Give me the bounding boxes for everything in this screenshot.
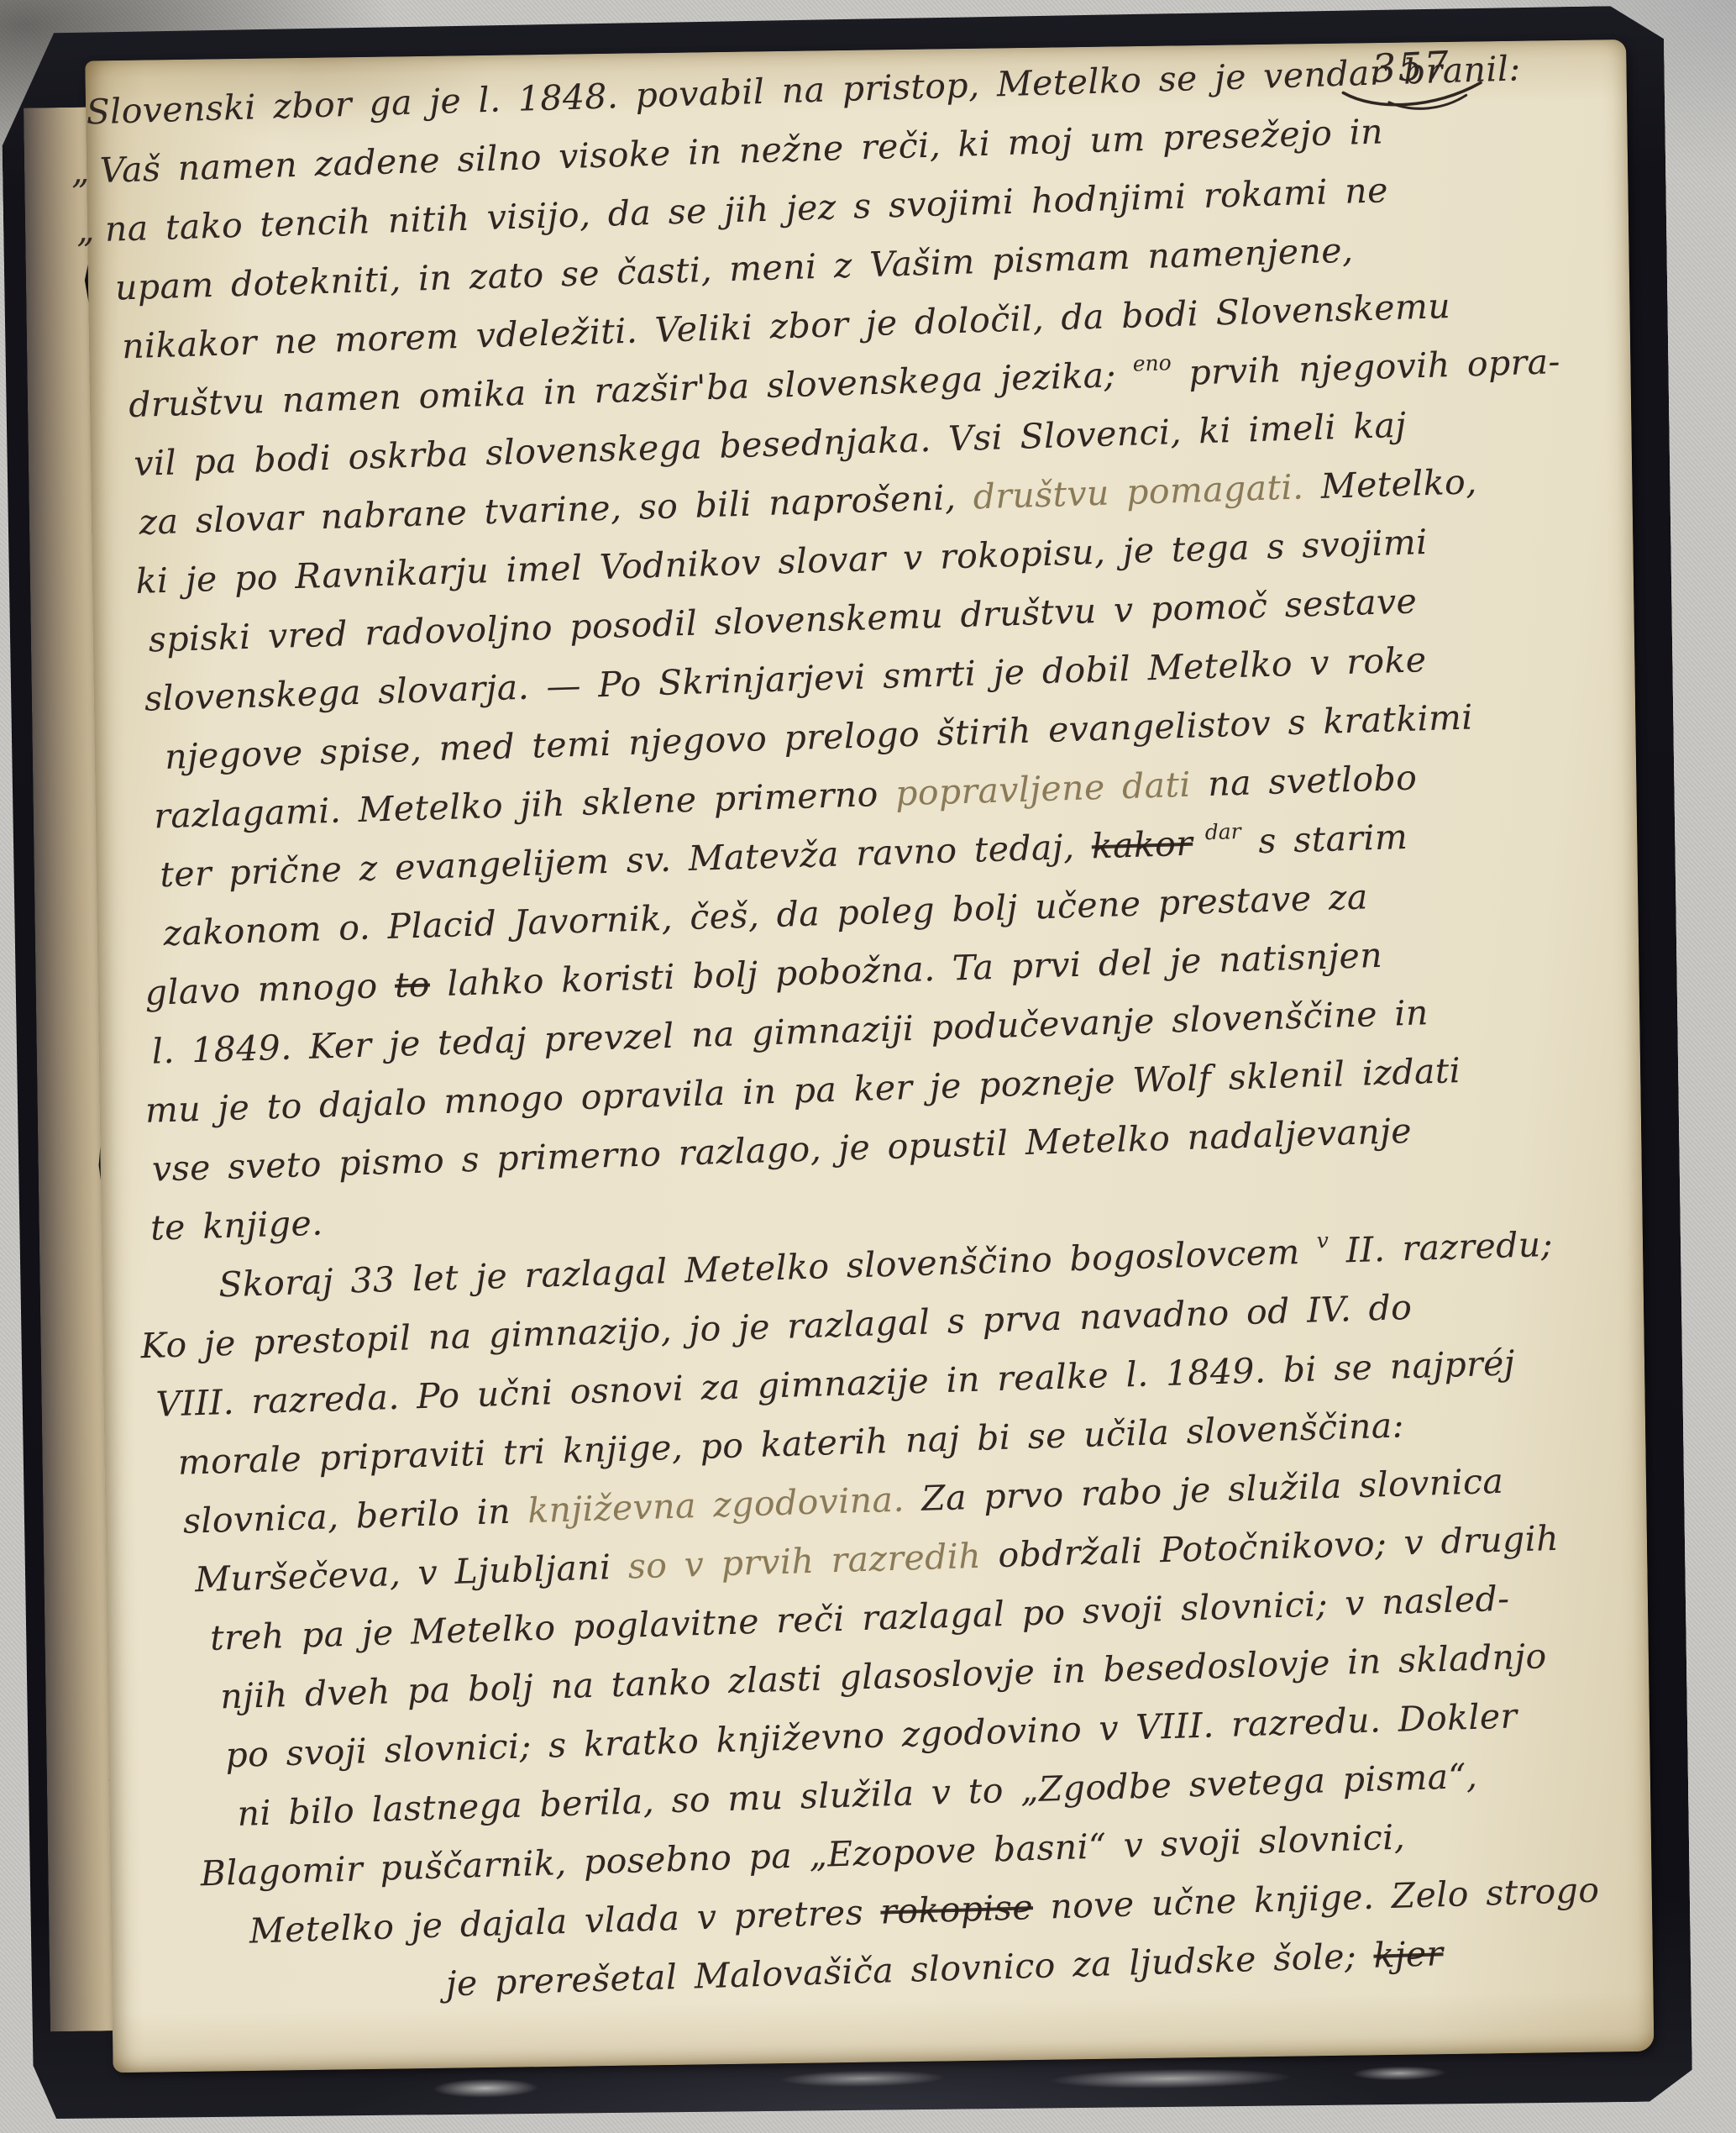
inserted-word: v [1316,1228,1329,1253]
handwritten-text: na svetlobo [1190,758,1418,805]
handwritten-text: Metelko, [1303,461,1478,507]
handwritten-text: slovnica, berilo in [182,1490,528,1542]
handwritten-text: popravljene dati [894,764,1191,814]
handwritten-text: književna zgodovina. [527,1479,905,1531]
handwritten-text: prvih njegovih opra- [1171,341,1560,393]
photo-surface: { "colors": { "paper": "#ece4cd", "ink":… [0,0,1736,2133]
handwritten-text: II. razredu; [1328,1224,1553,1271]
handwritten-text: glavo mnogo [144,965,396,1013]
handwritten-text: obdržali Potočnikovo; v drugih [980,1518,1559,1576]
handwritten-text: Muršečeva, v Ljubljani [194,1547,628,1600]
handwritten-text: te knjige. [150,1203,324,1248]
handwritten-text: društvu pomagati. [973,466,1304,517]
handwritten-text: s starim [1240,817,1408,862]
struck-word: kakor [1091,823,1193,867]
handwritten-text: Za prvo rabo je služila slovnica [904,1461,1504,1520]
struck-word: to [394,964,430,1006]
manuscript-page: 357 Slovenski zbor ga je l. 1848. povabi… [85,39,1654,2073]
inserted-word: dar [1192,819,1241,845]
manuscript-lines: Slovenski zbor ga je l. 1848. povabil na… [86,36,1676,2023]
struck-word: rokopise [880,1887,1034,1932]
inserted-word: eno [1132,350,1172,376]
struck-word: kjer [1373,1933,1444,1976]
handwritten-text: nove učne knjige. Zelo strogo [1032,1870,1600,1928]
handwritten-text: so v prvih razredih [627,1536,982,1587]
handwritten-text: Metelko je dajala vlada v pretres [249,1892,881,1952]
book-cover: 357 Slovenski zbor ga je l. 1848. povabi… [1,5,1693,2124]
